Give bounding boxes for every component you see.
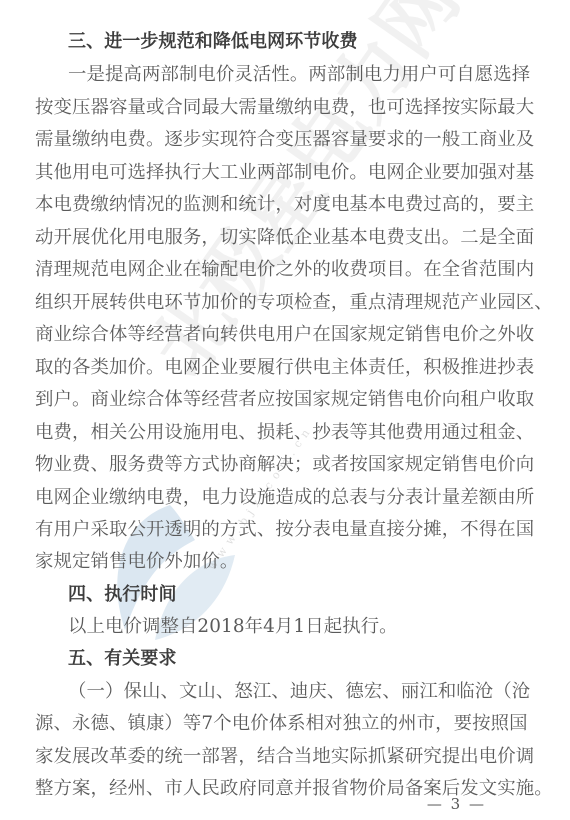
paragraph-line: 取的各类加价。电网企业要履行供电主体责任，积极推进抄表 <box>35 356 485 380</box>
document-page: 北极星电力网 www.bjx.com.cn 三、进一步规范和降低电网环节收费 一… <box>0 0 570 820</box>
paragraph-line: 物业费、服务费等方式协商解决；或者按国家规定销售电价向 <box>35 453 485 477</box>
section-heading-4: 四、执行时间 <box>68 583 518 607</box>
paragraph-line: 家发展改革委的统一部署，结合当地实际抓紧研究提出电价调 <box>35 745 485 769</box>
page-number: — 3 — <box>427 795 486 813</box>
paragraph-line: 有用户采取公开透明的方式、按分表电量直接分摊，不得在国 <box>35 518 485 542</box>
paragraph-line: 家规定销售电价外加价。 <box>35 550 485 574</box>
paragraph-line: 到户。商业综合体等经营者应按国家规定销售电价向租户收取 <box>35 388 485 412</box>
paragraph-line: 电网企业缴纳电费，电力设施造成的总表与分表计量差额由所 <box>35 486 485 510</box>
paragraph-line: 其他用电可选择执行大工业两部制电价。电网企业要加强对基 <box>35 161 485 185</box>
paragraph-line: 电费，相关公用设施用电、损耗、抄表等其他费用通过租金、 <box>35 421 485 445</box>
paragraph-line: 动开展优化用电服务，切实降低企业基本电费支出。二是全面 <box>35 226 485 250</box>
paragraph-line: 源、永德、镇康）等7个电价体系相对独立的州市，要按照国 <box>35 712 485 736</box>
paragraph-line: 组织开展转供电环节加价的专项检查，重点清理规范产业园区、 <box>35 291 485 315</box>
section-heading-3: 三、进一步规范和降低电网环节收费 <box>68 30 518 54</box>
paragraph-line: 按变压器容量或合同最大需量缴纳电费，也可选择按实际最大 <box>35 96 485 120</box>
paragraph-line: 商业综合体等经营者向转供电用户在国家规定销售电价之外收 <box>35 323 485 347</box>
paragraph-line: （一）保山、文山、怒江、迪庆、德宏、丽江和临沧（沧 <box>68 680 518 704</box>
paragraph-line: 清理规范电网企业在输配电价之外的收费项目。在全省范围内 <box>35 258 485 282</box>
paragraph-line: 以上电价调整自2018年4月1日起执行。 <box>68 615 518 639</box>
section-heading-5: 五、有关要求 <box>68 647 518 671</box>
paragraph-line: 整方案，经州、市人民政府同意并报省物价局备案后发文实施。 <box>35 777 485 801</box>
paragraph-line: 一是提高两部制电价灵活性。两部制电力用户可自愿选择 <box>68 63 518 87</box>
paragraph-line: 需量缴纳电费。逐步实现符合变压器容量要求的一般工商业及 <box>35 128 485 152</box>
paragraph-line: 本电费缴纳情况的监测和统计，对度电基本电费过高的，要主 <box>35 193 485 217</box>
